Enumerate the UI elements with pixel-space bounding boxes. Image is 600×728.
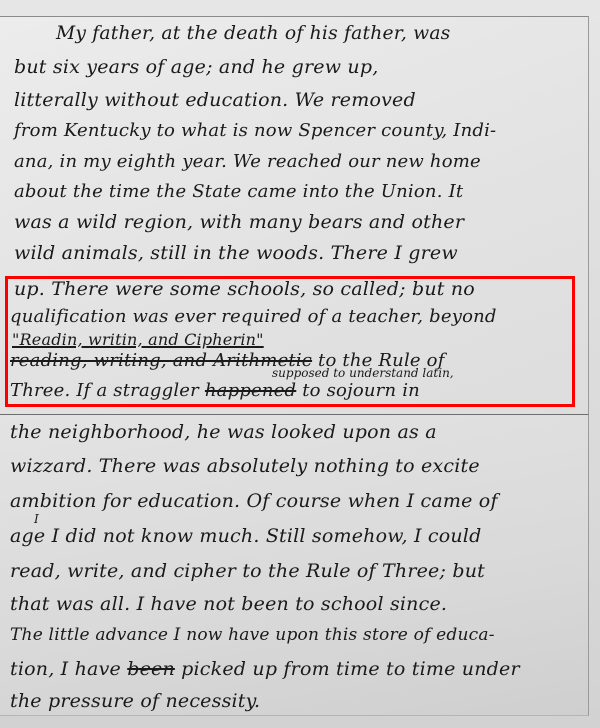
- line-text: to sojourn in: [296, 380, 420, 401]
- line-text: Three. If a straggler: [10, 380, 205, 401]
- manuscript-line: Three. If a straggler happened to sojour…: [10, 380, 420, 401]
- manuscript-line: the neighborhood, he was looked upon as …: [10, 421, 437, 443]
- manuscript-line: the pressure of necessity.: [10, 690, 260, 712]
- manuscript-line: ana, in my eighth year. We reached our n…: [14, 151, 481, 172]
- manuscript-line: wild animals, still in the woods. There …: [14, 242, 458, 264]
- manuscript-line-revision: "Readin, writin, and Cipherin": [12, 330, 264, 349]
- interlinear-insertion: supposed to understand latin,: [272, 366, 454, 380]
- manuscript-line: about the time the State came into the U…: [14, 181, 463, 202]
- manuscript-line: ambition for education. Of course when I…: [10, 490, 498, 512]
- manuscript-line: litterally without education. We removed: [14, 89, 416, 111]
- manuscript-line: tion, I have been picked up from time to…: [10, 658, 520, 680]
- manuscript-line: wizzard. There was absolutely nothing to…: [10, 455, 480, 477]
- manuscript-line: qualification was ever required of a tea…: [10, 306, 497, 327]
- manuscript-line: was a wild region, with many bears and o…: [14, 211, 464, 233]
- line-text: tion, I have: [10, 658, 127, 680]
- struck-word: happened: [205, 380, 296, 401]
- line-text: picked up from time to time under: [175, 658, 520, 680]
- manuscript-line: but six years of age; and he grew up,: [14, 56, 378, 78]
- struck-word: been: [127, 658, 175, 680]
- manuscript-line: age I did not know much. Still somehow, …: [10, 525, 481, 547]
- caret-insertion: I: [34, 512, 39, 526]
- manuscript-line: My father, at the death of his father, w…: [56, 22, 568, 44]
- manuscript-line: from Kentucky to what is now Spencer cou…: [14, 120, 496, 141]
- manuscript-line: The little advance I now have upon this …: [10, 625, 495, 645]
- manuscript-line: that was all. I have not been to school …: [10, 593, 447, 615]
- manuscript-line: read, write, and cipher to the Rule of T…: [10, 560, 485, 582]
- struck-phrase: reading, writing, and Arithmetic: [10, 350, 312, 371]
- manuscript-line: up. There were some schools, so called; …: [14, 278, 475, 300]
- document-scan: My father, at the death of his father, w…: [0, 0, 600, 728]
- underlined-phrase: "Readin, writin, and Cipherin": [12, 330, 264, 349]
